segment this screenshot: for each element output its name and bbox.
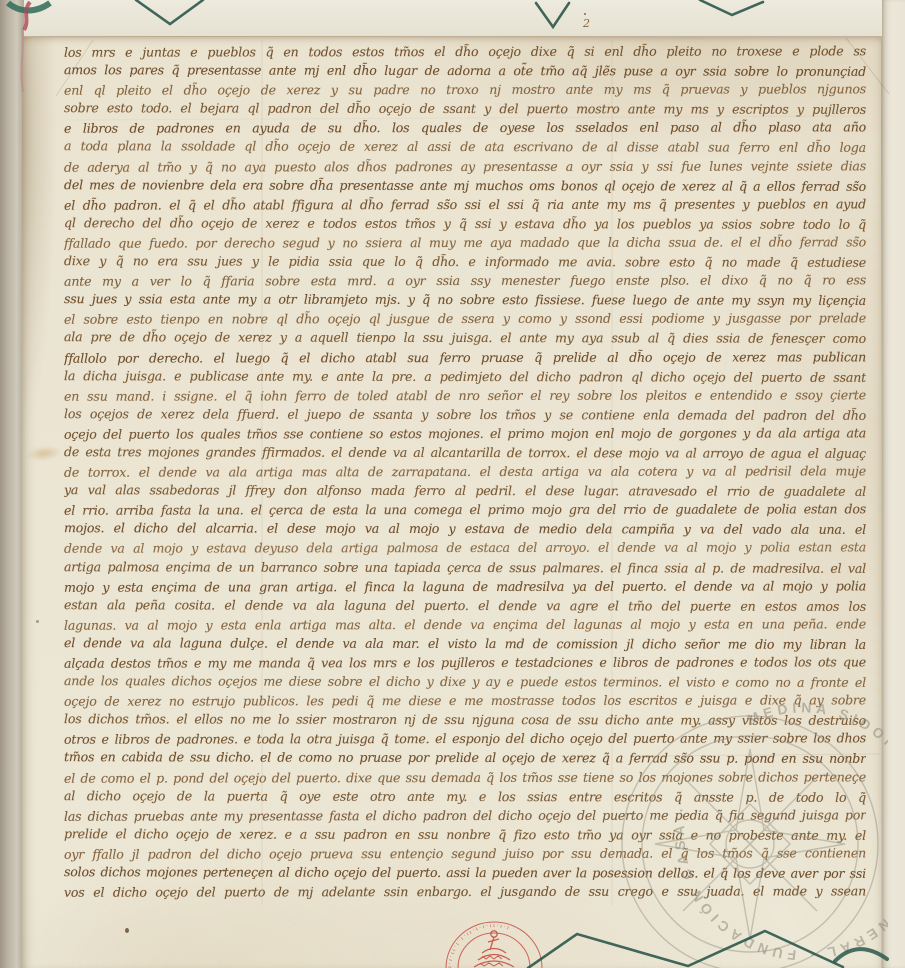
manuscript-line: ala pre de dh̃o oçejo de xerez y a aquel… [64,328,866,349]
manuscript-line: dixe y q̃ no era ssu jues y le pidia ssi… [64,251,866,272]
manuscript-line: el dende va ala laguna dulçe. el dende v… [64,633,866,654]
manuscript-line: oçejo del puerto los quales tm̃os sse co… [64,423,866,443]
manuscript-line: enl ql pleito el dh̃o oçejo de xerez y s… [64,79,866,99]
manuscript-text-block: los mrs e juntas e pueblos q̃ en todos e… [64,42,866,901]
manuscript-line: el dh̃o padron. el q̃ el dh̃o atabl ffig… [64,194,866,214]
manuscript-line: oyr ffallo jl padron del dicho oçejo pru… [64,843,866,863]
manuscript-line: de torrox. el dende va ala artiga mas al… [64,461,866,481]
manuscript-line: mojo y esta ençima de una gran artiga. e… [64,576,866,596]
manuscript-line: oçejo de xerez no estrujo publicos. les … [64,690,866,710]
manuscript-line: estan ala peña cosita. el dende va ala l… [64,595,866,616]
manuscript-line: ql derecho del dh̃o oçejo de xerez e tod… [64,213,866,234]
manuscript-line: la dicha juisga. e publicase ante my. e … [64,366,866,387]
backdrop-top-edge [22,0,905,37]
manuscript-line: ante my a ver lo q̃ ffaria sobre esta mr… [64,270,866,290]
manuscript-line: lagunas. va al mojo y esta enla artiga m… [64,614,866,634]
manuscript-line: del mes de novienbre dela era sobre dh̃a… [64,175,866,196]
manuscript-line: sobre esto todo. el bejara ql padron del… [64,98,866,119]
manuscript-line: mojos. el dicho del alcarria. el dese mo… [64,519,866,540]
manuscript-line: ffallolo por derecho. el luego q̃ el dic… [64,347,866,367]
manuscript-line: vos el dicho oçejo del puerto de mj adel… [64,881,866,901]
ink-blot [125,928,129,933]
manuscript-line: ffallado que fuedo. por derecho segud y … [64,232,866,252]
manuscript-line: prelide el dicho oçejo de xerez. e a ssu… [64,824,866,845]
ink-blot [36,620,39,623]
manuscript-line: el rrio. arriba fasta la una. el çerca d… [64,500,866,520]
manuscript-line: e libros de padrones en ayuda de su dh̃o… [64,118,866,138]
manuscript-line: los mrs e juntas e pueblos q̃ en todos e… [64,41,866,61]
backdrop-right-edge [882,0,905,968]
manuscript-line: solos dichos mojones perteneçen al dicho… [64,862,866,883]
manuscript-photo: 2 los mrs e juntas e pueblos q̃ en todos… [0,0,905,968]
manuscript-line: dende va al mojo y estava deyuso dela ar… [64,538,866,558]
manuscript-line: ande los quales dichos oçejos me diese s… [64,671,866,692]
manuscript-line: el de como el p. pond del oçejo del puer… [64,767,866,787]
manuscript-line: ssu jues y ssia esta ante my a otr libra… [64,289,866,310]
manuscript-line: de esta tres mojones grandes ffirmados. … [64,442,866,463]
manuscript-line: los oçejos de xerez dela ffuerd. el juep… [64,404,866,425]
manuscript-line: a toda plana la ssoldade ql dh̃o oçejo d… [64,137,866,158]
manuscript-line: las dichas pruebas ante my presentasse f… [64,805,866,825]
manuscript-line: de aderya al tm̃o y q̃ no aya puesto alo… [64,156,866,176]
manuscript-line: amos los pares q̃ presentasse ante mj en… [64,60,866,81]
manuscript-line: en ssu mand. i ssigne. el q̃ iohn ferro … [64,385,866,405]
manuscript-line: artiga palmosa ençima de un barranco sob… [64,557,866,578]
manuscript-line: el sobre esto tienpo en nobre ql dh̃o oç… [64,309,866,329]
backdrop-left-edge [0,0,24,968]
manuscript-line: ya val alas ssabedoras jl ffrey don alfo… [64,480,866,501]
manuscript-line: alçada destos tm̃os e my me manda q̃ vea… [64,652,866,672]
manuscript-line: los dichos tm̃os. el ellos no me lo ssie… [64,709,866,730]
folio-number: 2 [583,18,590,29]
manuscript-line: tm̃os en cabida de ssu dicho. el de como… [64,748,866,769]
manuscript-line: otros e libros de padrones. e toda la ot… [64,729,866,749]
manuscript-line: al dicho oçejo de la puerta q̃ oye este … [64,786,866,807]
